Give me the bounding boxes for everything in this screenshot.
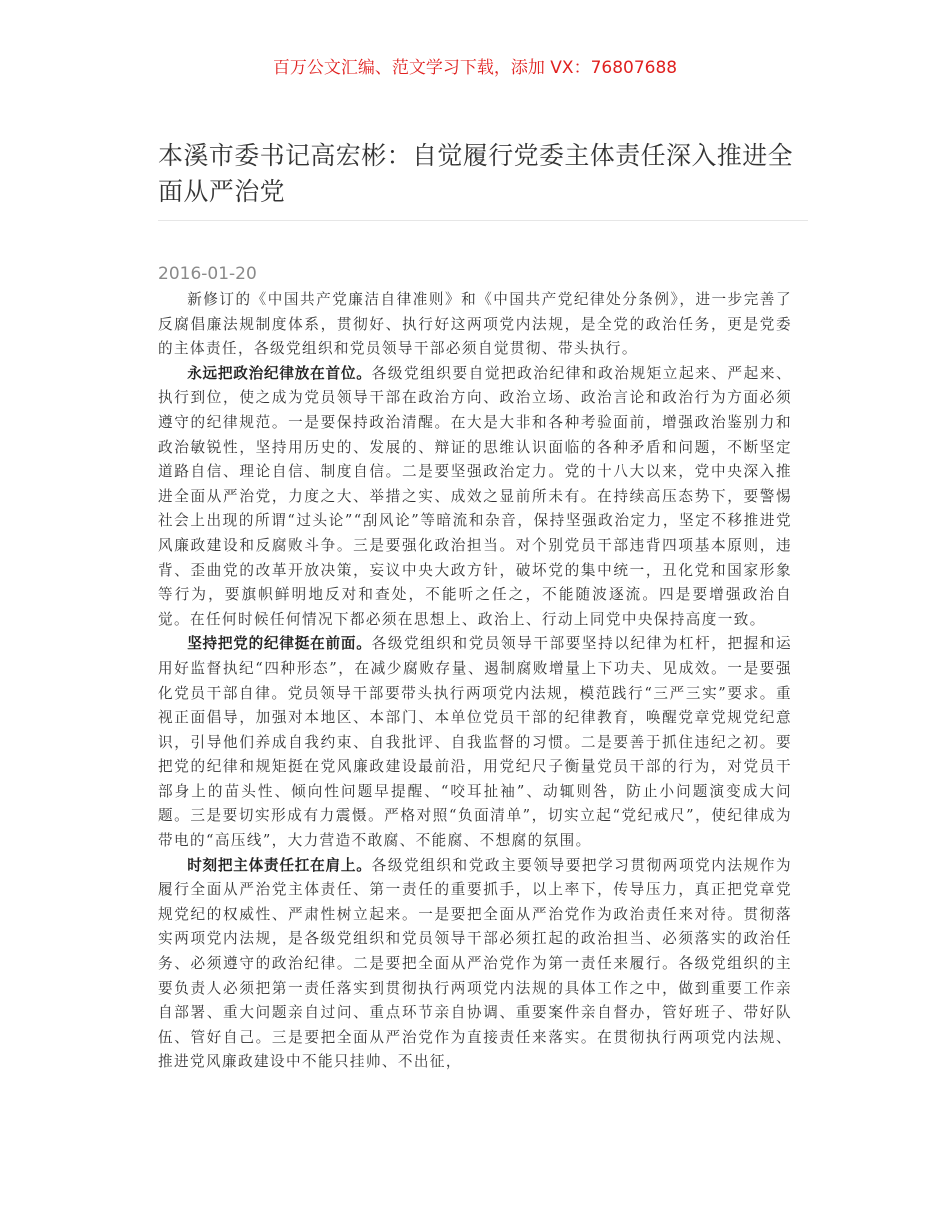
publish-date: 2016-01-20	[158, 262, 257, 286]
paragraph-lead: 时刻把主体责任扛在肩上。	[187, 857, 371, 874]
paragraph-text: 新修订的《中国共产党廉洁自律准则》和《中国共产党纪律处分条例》，进一步完善了反腐…	[158, 291, 792, 357]
paragraph-intro: 新修订的《中国共产党廉洁自律准则》和《中国共产党纪律处分条例》，进一步完善了反腐…	[158, 288, 792, 362]
paragraph-text: 各级党组织和党员领导干部要坚持以纪律为杠杆，把握和运用好监督执纪“四种形态”，在…	[158, 635, 792, 849]
article-body: 新修订的《中国共产党廉洁自律准则》和《中国共产党纪律处分条例》，进一步完善了反腐…	[158, 288, 792, 1075]
paragraph-text: 各级党组织要自觉把政治纪律和政治规矩立起来、严起来、执行到位，使之成为党员领导干…	[158, 365, 792, 628]
paragraph-political-discipline: 永远把政治纪律放在首位。各级党组织要自觉把政治纪律和政治规矩立起来、严起来、执行…	[158, 362, 792, 633]
paragraph-lead: 坚持把党的纪律挺在前面。	[187, 635, 371, 652]
promo-banner: 百万公文汇编、范文学习下载，添加 VX：76807688	[0, 56, 950, 80]
paragraph-text: 各级党组织和党政主要领导要把学习贯彻两项党内法规作为履行全面从严治党主体责任、第…	[158, 857, 792, 1071]
paragraph-party-discipline: 坚持把党的纪律挺在前面。各级党组织和党员领导干部要坚持以纪律为杠杆，把握和运用好…	[158, 632, 792, 853]
title-divider	[158, 220, 808, 221]
paragraph-lead: 永远把政治纪律放在首位。	[187, 365, 371, 382]
article-title: 本溪市委书记高宏彬：自觉履行党委主体责任深入推进全面从严治党	[158, 138, 808, 210]
paragraph-main-responsibility: 时刻把主体责任扛在肩上。各级党组织和党政主要领导要把学习贯彻两项党内法规作为履行…	[158, 854, 792, 1075]
